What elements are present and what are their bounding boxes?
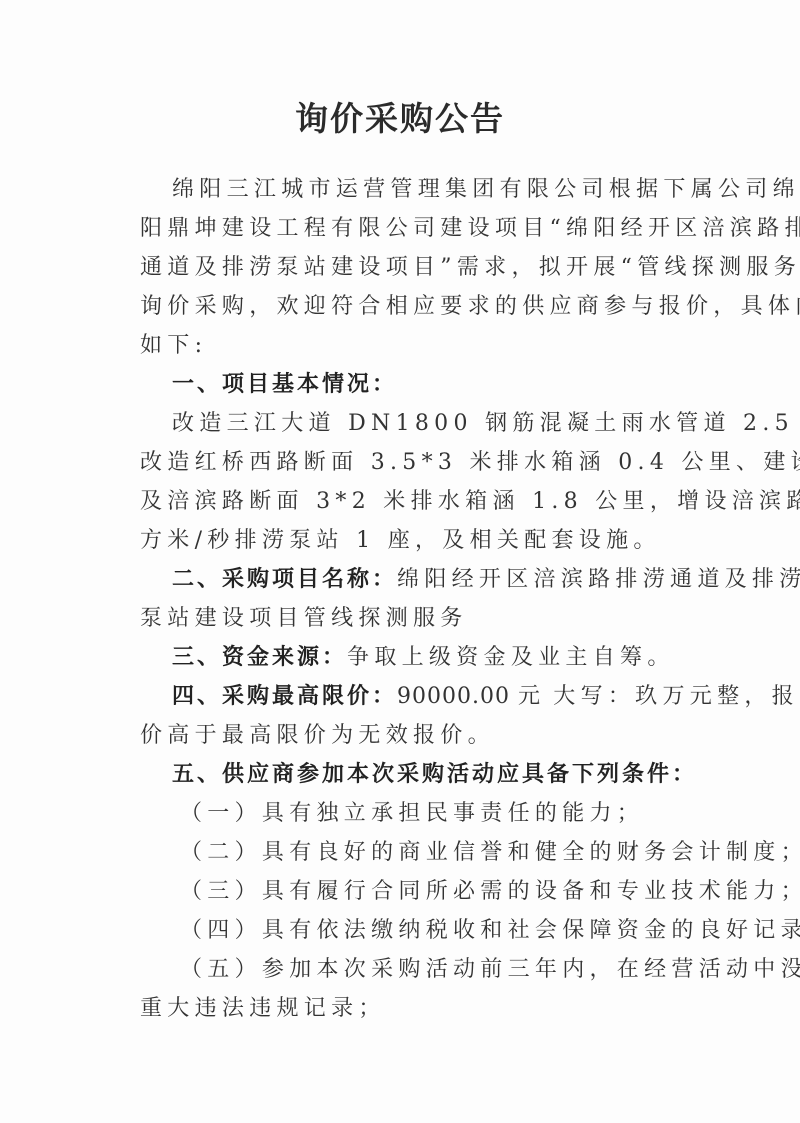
section5-heading: 五、供应商参加本次采购活动应具备下列条件： <box>172 757 732 793</box>
document-page: 询价采购公告 绵阳三江城市运营管理集团有限公司根据下属公司绵 阳鼎坤建设工程有限… <box>0 0 800 1123</box>
intro-line-2: 阳鼎坤建设工程有限公司建设项目“绵阳经开区涪滨路排涝 <box>140 211 700 247</box>
section1-line-4: 方米/秒排涝泵站 1 座，及相关配套设施。 <box>140 523 700 559</box>
section4-amount-words: 大写：玖万元整，报 <box>553 684 799 709</box>
section5-item-4: （四）具有依法缴纳税收和社会保障资金的良好记录； <box>180 913 740 949</box>
section3-heading: 三、资金来源： <box>172 645 347 670</box>
section1-line-1: 改造三江大道 DN1800 钢筋混凝土雨水管道 2.5 公里， <box>172 406 732 442</box>
section2-text: 绵阳经开区涪滨路排涝通道及排涝 <box>397 567 800 592</box>
intro-line-3: 通道及排涝泵站建设项目”需求，拟开展“管线探测服务” <box>140 250 700 286</box>
section3-line: 三、资金来源：争取上级资金及业主自筹。 <box>172 640 732 676</box>
section5-item-5: （五）参加本次采购活动前三年内，在经营活动中没有 <box>180 952 740 988</box>
section5-item-3: （三）具有履行合同所必需的设备和专业技术能力； <box>180 874 740 910</box>
intro-line-4: 询价采购，欢迎符合相应要求的供应商参与报价，具体内容 <box>140 289 700 325</box>
section1-line-3: 及涪滨路断面 3*2 米排水箱涵 1.8 公里，增设涪滨路 5.4 立 <box>140 484 700 520</box>
section5-item-2: （二）具有良好的商业信誉和健全的财务会计制度； <box>180 835 740 871</box>
section5-item-5-continuation: 重大违法违规记录； <box>140 991 700 1027</box>
section4-amount: 90000.00 元 <box>397 684 541 709</box>
section4-line-2: 价高于最高限价为无效报价。 <box>140 718 700 754</box>
section1-line-2: 改造红桥西路断面 3.5*3 米排水箱涵 0.4 公里、建设机场路 <box>140 445 700 481</box>
section2-line-2: 泵站建设项目管线探测服务 <box>140 601 700 637</box>
section3-text: 争取上级资金及业主自筹。 <box>347 645 675 670</box>
page-title: 询价采购公告 <box>0 96 800 142</box>
section1-heading: 一、项目基本情况： <box>172 367 732 403</box>
section4-heading: 四、采购最高限价： <box>172 684 397 709</box>
intro-line-1: 绵阳三江城市运营管理集团有限公司根据下属公司绵 <box>172 172 732 208</box>
section4-line-1: 四、采购最高限价：90000.00 元 大写：玖万元整，报 <box>172 679 732 715</box>
section2-heading: 二、采购项目名称： <box>172 567 397 592</box>
intro-line-5: 如下: <box>140 328 700 364</box>
section5-item-1: （一）具有独立承担民事责任的能力； <box>180 796 740 832</box>
section2-line-1: 二、采购项目名称：绵阳经开区涪滨路排涝通道及排涝 <box>172 562 732 598</box>
